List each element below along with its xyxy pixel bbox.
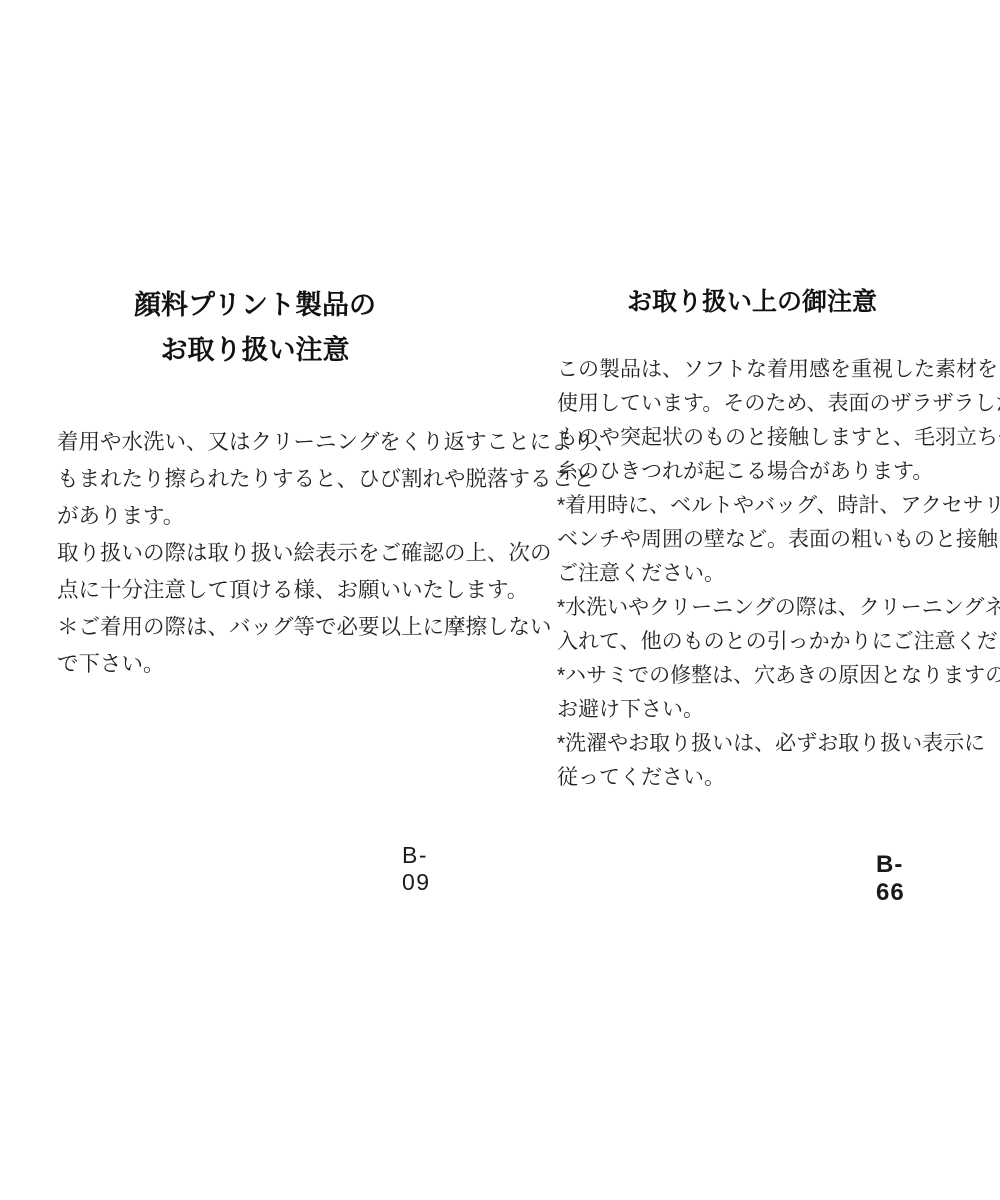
left-label-title-line-2: お取り扱い注意 bbox=[55, 328, 455, 373]
text-line: *着用時に、ベルトやバッグ、時計、アクセサリー、 bbox=[557, 489, 967, 523]
left-label-code: B-09 bbox=[402, 842, 431, 896]
right-label-body: この製品は、ソフトな着用感を重視した素材を 使用しています。そのため、表面のザラ… bbox=[557, 353, 967, 795]
text-line: お避け下さい。 bbox=[557, 693, 967, 727]
text-line: で下さい。 bbox=[57, 646, 487, 683]
left-label-title: 顔料プリント製品の お取り扱い注意 bbox=[55, 283, 455, 373]
text-line: 入れて、他のものとの引っかかりにご注意ください。 bbox=[557, 625, 967, 659]
text-line: この製品は、ソフトな着用感を重視した素材を bbox=[557, 353, 967, 387]
text-line: *水洗いやクリーニングの際は、クリーニングネットに bbox=[557, 591, 967, 625]
text-line: *ハサミでの修整は、穴あきの原因となりますので bbox=[557, 659, 967, 693]
text-line: *洗濯やお取り扱いは、必ずお取り扱い表示に bbox=[557, 727, 967, 761]
text-line: ＊ご着用の際は、バッグ等で必要以上に摩擦しない bbox=[57, 609, 487, 646]
text-line: 使用しています。そのため、表面のザラザラした bbox=[557, 387, 967, 421]
text-line: 取り扱いの際は取り扱い絵表示をご確認の上、次の bbox=[57, 535, 487, 572]
text-line: 従ってください。 bbox=[557, 761, 967, 795]
text-line: 糸のひきつれが起こる場合があります。 bbox=[557, 455, 967, 489]
text-line: もまれたり擦られたりすると、ひび割れや脱落すること bbox=[57, 461, 487, 498]
text-line: があります。 bbox=[57, 498, 487, 535]
right-label-code: B-66 bbox=[876, 851, 905, 907]
text-line: 点に十分注意して頂ける様、お願いいたします。 bbox=[57, 572, 487, 609]
text-line: ベンチや周囲の壁など。表面の粗いものと接触に bbox=[557, 523, 967, 557]
care-label-scan-page: 顔料プリント製品の お取り扱い注意 着用や水洗い、又はクリーニングをくり返すこと… bbox=[0, 0, 1000, 1200]
text-line: 着用や水洗い、又はクリーニングをくり返すことにより、 bbox=[57, 424, 487, 461]
left-label-body: 着用や水洗い、又はクリーニングをくり返すことにより、 もまれたり擦られたりすると… bbox=[57, 424, 487, 683]
left-label-title-line-1: 顔料プリント製品の bbox=[55, 283, 455, 328]
text-line: ご注意ください。 bbox=[557, 557, 967, 591]
text-line: ものや突起状のものと接触しますと、毛羽立ちや bbox=[557, 421, 967, 455]
right-label-title: お取り扱い上の御注意 bbox=[557, 287, 947, 317]
